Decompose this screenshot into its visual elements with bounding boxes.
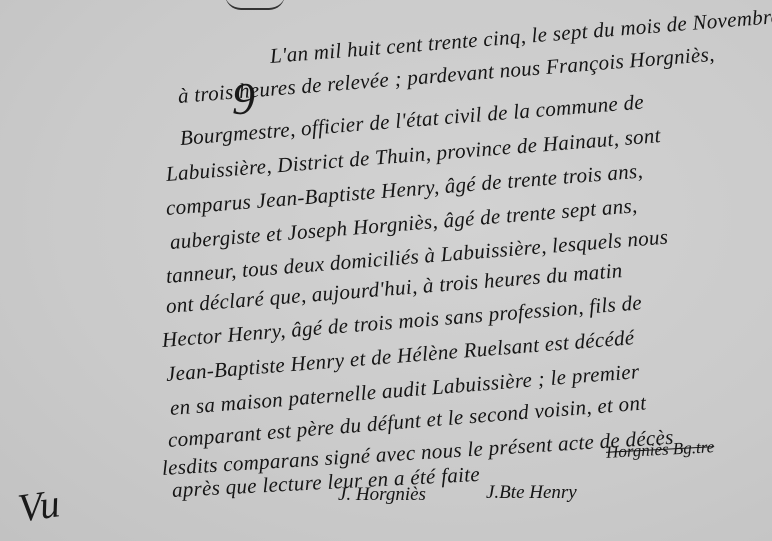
top-ink-fragment bbox=[225, 0, 285, 10]
scanned-page: 9 L'an mil huit cent trente cinq, le sep… bbox=[0, 0, 772, 541]
signature-witness-1: J. Horgniès bbox=[338, 484, 426, 506]
margin-annotation: Vu bbox=[15, 479, 63, 531]
signature-mayor: Horgniès Bg.tre bbox=[606, 437, 715, 463]
signature-witness-2: J.Bte Henry bbox=[486, 482, 577, 504]
